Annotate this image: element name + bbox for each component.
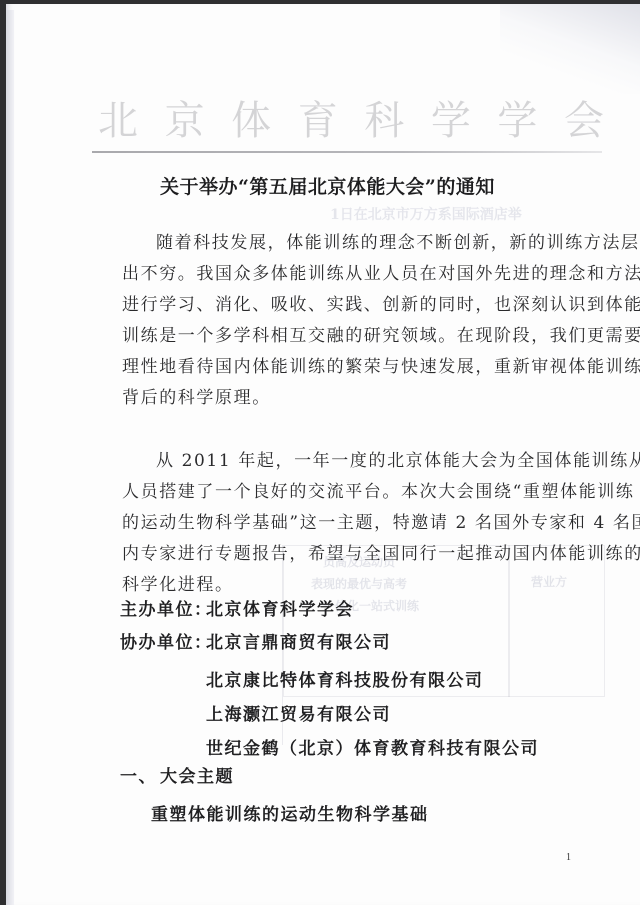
letterhead-char: 体 [229, 89, 273, 146]
host-name: 北京体育科学学会 [206, 600, 354, 620]
letterhead-divider [92, 151, 602, 153]
letterhead-char: 京 [163, 89, 207, 146]
section-number: 一、 [120, 762, 160, 787]
paragraph-line: 背后的科学原理。 [122, 383, 522, 414]
host-label: 主办单位： [120, 595, 206, 620]
page-number: 1 [566, 852, 571, 863]
paragraph-line: 理性地看待国内体能训练的繁荣与快速发展，重新审视体能训练 [122, 352, 522, 383]
letterhead-char: 北 [96, 89, 140, 146]
paragraph-line: 从 2011 年起，一年一度的北京体能大会为全国体能训练从业 [122, 446, 522, 477]
conference-theme: 重塑体能训练的运动生物科学基础 [151, 800, 429, 825]
section-title: 大会主题 [160, 767, 234, 787]
paragraph-line: 内专家进行专题报告，希望与全国同行一起推动国内体能训练的 [122, 539, 522, 570]
co-host-name: 世纪金鹤（北京）体育教育科技有限公司 [206, 734, 539, 759]
co-host-name: 北京康比特体育科技股份有限公司 [206, 666, 484, 691]
section-heading: 一、大会主题 [120, 762, 234, 787]
paragraph-line: 出不穷。我国众多体能训练从业人员在对国外先进的理念和方法 [122, 259, 522, 290]
paragraph-line: 随着科技发展，体能训练的理念不断创新，新的训练方法层 [122, 228, 522, 259]
paragraph-line: 训练是一个多学科相互交融的研究领域。在现阶段，我们更需要 [122, 321, 522, 352]
letterhead-char: 会 [562, 89, 606, 146]
letterhead-char: 育 [296, 89, 340, 146]
paragraph-background: 从 2011 年起，一年一度的北京体能大会为全国体能训练从业 人员搭建了一个良好… [122, 446, 522, 601]
host-organizer: 主办单位：北京体育科学学会 [120, 595, 354, 620]
co-host-label: 协办单位： [120, 628, 206, 653]
letterhead-char: 学 [495, 89, 539, 146]
letterhead-char: 学 [429, 89, 473, 146]
co-host-organizer: 协办单位：北京言鼎商贸有限公司 [120, 628, 391, 653]
co-host-name: 北京言鼎商贸有限公司 [206, 633, 391, 653]
page-left-edge [6, 10, 14, 905]
paragraph-line: 进行学习、消化、吸收、实践、创新的同时，也深刻认识到体能 [122, 290, 522, 321]
paragraph-intro: 随着科技发展，体能训练的理念不断创新，新的训练方法层 出不穷。我国众多体能训练从… [122, 228, 522, 414]
co-host-name: 上海灏江贸易有限公司 [206, 700, 391, 725]
letterhead: 北 京 体 育 科 学 学 会 [96, 92, 606, 142]
letterhead-char: 科 [362, 89, 406, 146]
document-title: 关于举办“第五届北京体能大会”的通知 [160, 172, 540, 199]
paragraph-line: 的运动生物科学基础”这一主题，特邀请 2 名国外专家和 4 名国 [122, 508, 522, 539]
paragraph-line: 人员搭建了一个良好的交流平台。本次大会围绕“重塑体能训练 [122, 477, 522, 508]
paper-fold-shadow [500, 4, 640, 94]
scanned-document: 1日在北京市万方系国际酒店举 员高及运动员 表现的最优与高考 一体化一站式训练 … [0, 0, 640, 905]
